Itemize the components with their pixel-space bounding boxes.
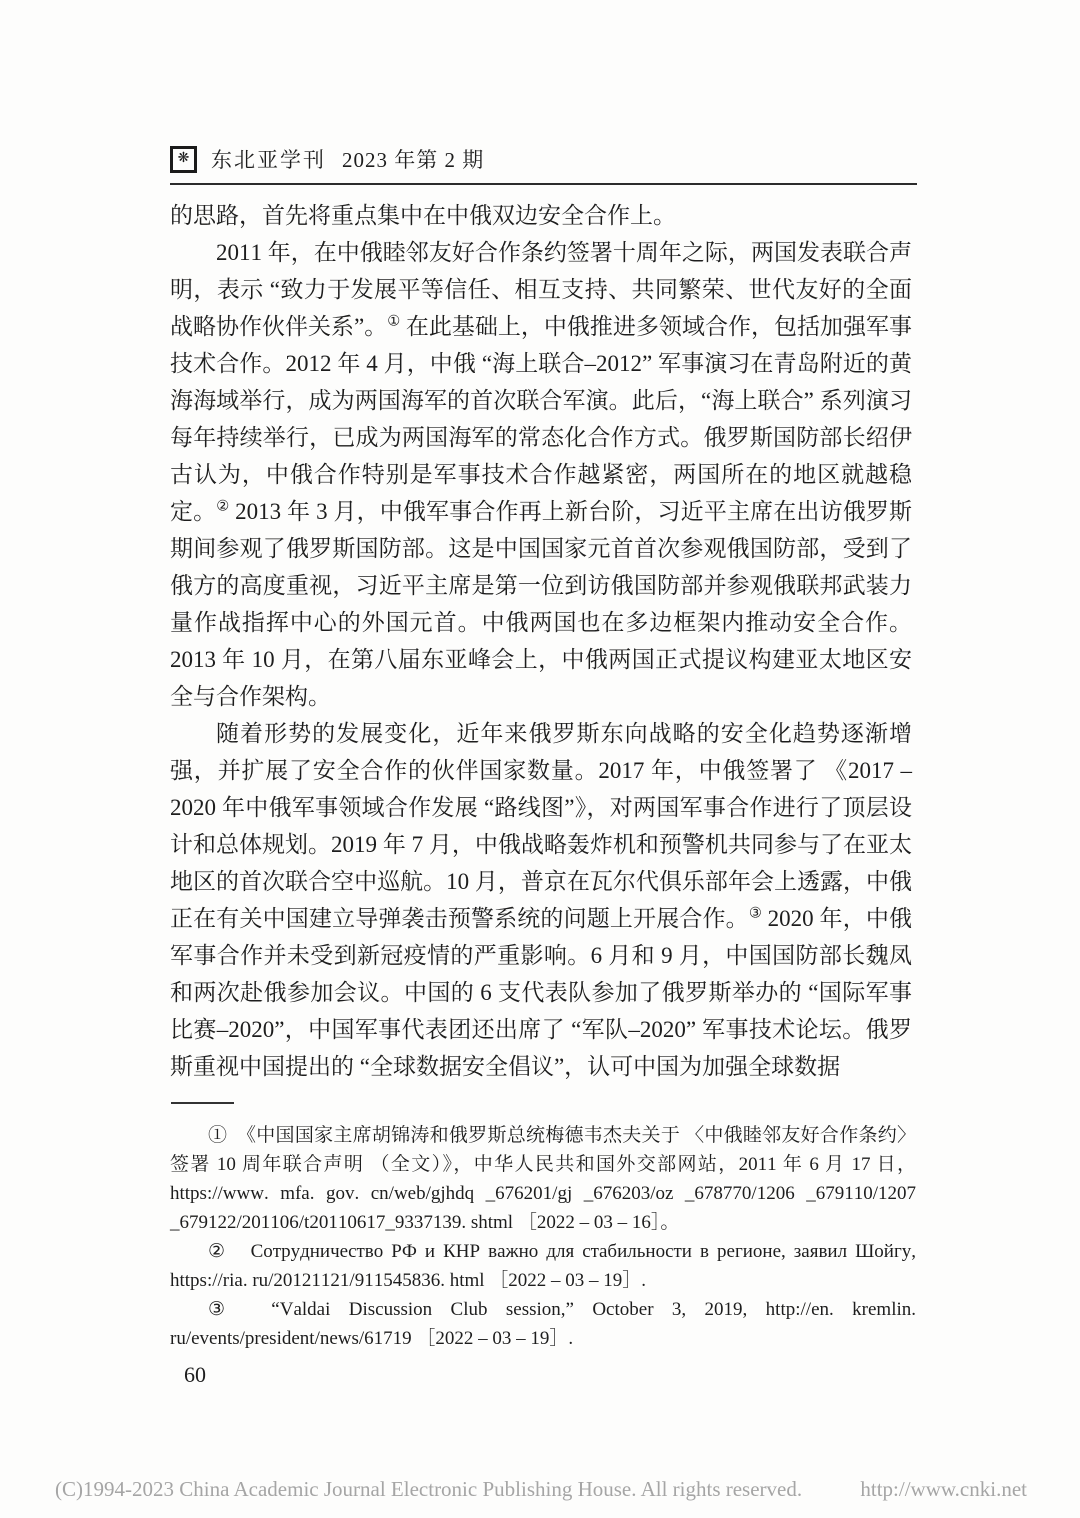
logo-glyph: ❋ — [178, 152, 190, 166]
body-paragraph: 2011 年，在中俄睦邻友好合作条约签署十周年之际，两国发表联合声明，表示 “致… — [170, 234, 912, 715]
footnote: ② Сотрудничество РФ и КНР важно для стаб… — [170, 1237, 916, 1295]
footnote: ① 《中国国家主席胡锦涛和俄罗斯总统梅德韦杰夫关于 〈中俄睦邻友好合作条约〉 签… — [170, 1121, 916, 1237]
journal-header: ❋ 东北亚学刊2023 年第 2 期 — [170, 144, 484, 174]
footnote: ③ “Valdai Discussion Club session,” Octo… — [170, 1295, 916, 1353]
footnotes-section: ① 《中国国家主席胡锦涛和俄罗斯总统梅德韦杰夫关于 〈中俄睦邻友好合作条约〉 签… — [170, 1121, 916, 1353]
header-divider — [170, 183, 917, 185]
journal-page: ❋ 东北亚学刊2023 年第 2 期 的思路，首先将重点集中在中俄双边安全合作上… — [0, 0, 1080, 1518]
cnki-url: http://www.cnki.net — [860, 1477, 1027, 1502]
body-paragraph: 的思路，首先将重点集中在中俄双边安全合作上。 — [170, 197, 912, 234]
journal-logo-icon: ❋ — [170, 146, 197, 173]
journal-name: 东北亚学刊 — [211, 148, 326, 172]
body-paragraph: 随着形势的发展变化，近年来俄罗斯东向战略的安全化趋势逐渐增强，并扩展了安全合作的… — [170, 715, 912, 1085]
copyright-footer: (C)1994-2023 China Academic Journal Elec… — [55, 1477, 1027, 1502]
page-number: 60 — [184, 1362, 206, 1388]
issue-label: 2023 年第 2 期 — [342, 148, 484, 172]
footnote-divider — [171, 1102, 234, 1104]
copyright-text: (C)1994-2023 China Academic Journal Elec… — [55, 1477, 802, 1502]
journal-title-line: 东北亚学刊2023 年第 2 期 — [211, 144, 484, 174]
article-body: 的思路，首先将重点集中在中俄双边安全合作上。 2011 年，在中俄睦邻友好合作条… — [170, 197, 912, 1085]
